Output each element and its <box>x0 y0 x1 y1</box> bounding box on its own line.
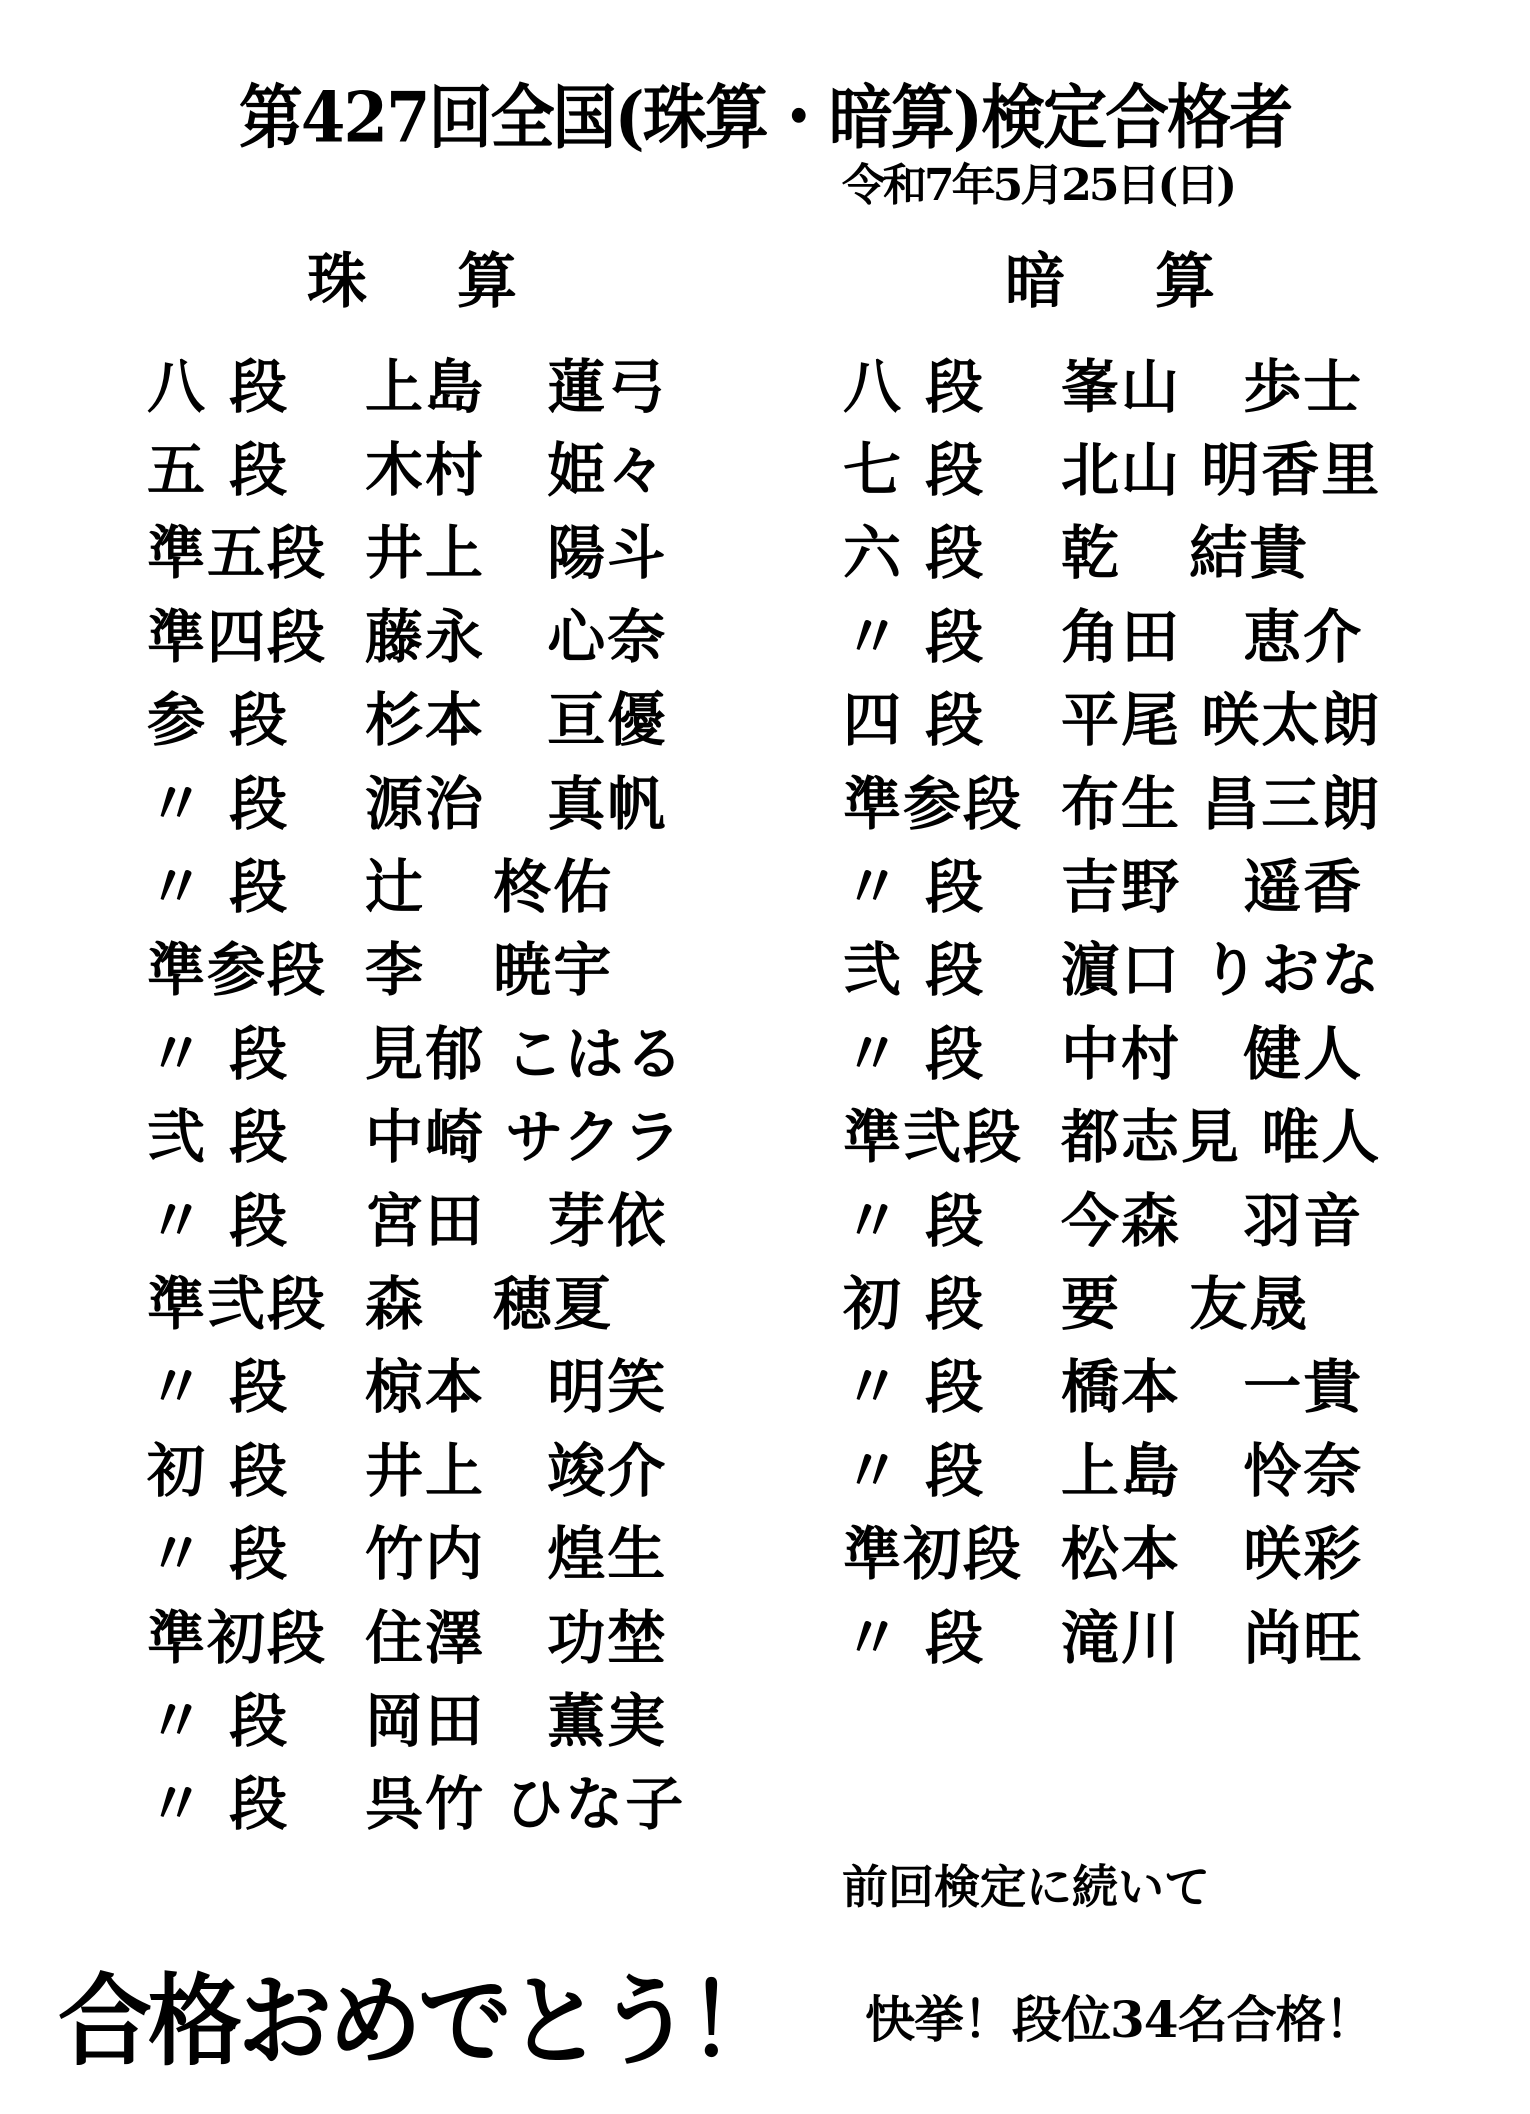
passer-name: 竹内 煌生 <box>365 1519 667 1589</box>
rank-label: 〃 段 <box>843 1186 1061 1256</box>
passer-row: 八 段 上島 蓮弓 <box>147 345 685 428</box>
surname: 要 <box>1061 1269 1121 1339</box>
passer-name: 椋本 明笑 <box>365 1352 667 1422</box>
surname: 角田 <box>1061 602 1185 672</box>
surname: 木村 <box>365 435 489 505</box>
given-name: 煌生 <box>547 1519 667 1589</box>
passer-row: 準弐段 都志見 唯人 <box>843 1096 1381 1179</box>
passer-row: 〃 段 源治 真帆 <box>147 762 685 845</box>
surname: 岡田 <box>365 1686 489 1756</box>
passer-name: 見郁 こはる <box>365 1019 685 1089</box>
given-name: 唯人 <box>1261 1102 1381 1172</box>
soroban-header-char: 算 <box>457 246 517 318</box>
passer-name: 濵口 りおな <box>1061 935 1381 1005</box>
mental-passer-list: 八 段 峯山 歩士 七 段 北山 明香里 六 段 乾 結貴 〃 段 角田 恵介 … <box>843 345 1381 1679</box>
surname: 平尾 <box>1061 685 1181 755</box>
passer-row: 〃 段 宮田 芽依 <box>147 1179 685 1262</box>
given-name: 薫実 <box>547 1686 667 1756</box>
passer-row: 〃 段 吉野 遥香 <box>843 845 1381 928</box>
passer-row: 〃 段 中村 健人 <box>843 1012 1381 1095</box>
given-name: 心奈 <box>547 602 667 672</box>
congratulations-banner: 合格おめでとう！ <box>58 1965 778 2081</box>
given-name: こはる <box>505 1019 685 1089</box>
given-name: 一貴 <box>1243 1352 1363 1422</box>
rank-label: 〃 段 <box>843 1603 1061 1673</box>
rank-label: 準参段 <box>147 935 365 1005</box>
passer-row: 弐 段 中崎 サクラ <box>147 1096 685 1179</box>
passer-row: 弐 段 濵口 りおな <box>843 929 1381 1012</box>
surname: 竹内 <box>365 1519 489 1589</box>
passer-name: 平尾 咲太朗 <box>1061 685 1381 755</box>
surname: 北山 <box>1061 435 1181 505</box>
surname: 源治 <box>365 769 489 839</box>
passer-name: 杉本 亘優 <box>365 685 667 755</box>
given-name: 竣介 <box>547 1436 667 1506</box>
passer-name: 都志見 唯人 <box>1061 1102 1381 1172</box>
surname: 宮田 <box>365 1186 489 1256</box>
rank-label: 〃 段 <box>147 1186 365 1256</box>
given-name: 咲太朗 <box>1201 685 1381 755</box>
rank-label: 準弐段 <box>147 1269 365 1339</box>
passer-name: 木村 姫々 <box>365 435 667 505</box>
passer-row: 〃 段 上島 怜奈 <box>843 1429 1381 1512</box>
passer-row: 準初段 松本 咲彩 <box>843 1512 1381 1595</box>
passer-name: 李 暁宇 <box>365 935 613 1005</box>
surname: 吉野 <box>1061 852 1185 922</box>
given-name: 芽依 <box>547 1186 667 1256</box>
rank-label: 〃 段 <box>843 1019 1061 1089</box>
exam-date: 令和7年5月25日(日) <box>842 158 1234 214</box>
passer-name: 井上 竣介 <box>365 1436 667 1506</box>
surname: 呉竹 <box>365 1769 485 1839</box>
passer-name: 吉野 遥香 <box>1061 852 1363 922</box>
passer-row: 六 段 乾 結貴 <box>843 512 1381 595</box>
mental-column-header: 暗算 <box>1005 246 1215 318</box>
rank-label: 弐 段 <box>843 935 1061 1005</box>
passer-name: 要 友晟 <box>1061 1269 1309 1339</box>
rank-label: 〃 段 <box>147 1352 365 1422</box>
given-name: ひな子 <box>505 1769 685 1839</box>
passer-row: 準五段 井上 陽斗 <box>147 512 685 595</box>
given-name: 姫々 <box>547 435 667 505</box>
passer-row: 初 段 要 友晟 <box>843 1262 1381 1345</box>
passer-name: 宮田 芽依 <box>365 1186 667 1256</box>
surname: 都志見 <box>1061 1102 1241 1172</box>
passer-row: 〃 段 橋本 一貴 <box>843 1346 1381 1429</box>
passer-row: 準弐段 森 穂夏 <box>147 1262 685 1345</box>
rank-label: 〃 段 <box>147 1686 365 1756</box>
passer-name: 森 穂夏 <box>365 1269 613 1339</box>
rank-label: 〃 段 <box>147 1019 365 1089</box>
given-name: 遥香 <box>1243 852 1363 922</box>
rank-label: 〃 段 <box>147 769 365 839</box>
rank-label: 弐 段 <box>147 1102 365 1172</box>
rank-label: 八 段 <box>147 352 365 422</box>
given-name: 柊佑 <box>493 852 613 922</box>
given-name: りおな <box>1201 935 1381 1005</box>
passer-row: 〃 段 竹内 煌生 <box>147 1512 685 1595</box>
passer-name: 橋本 一貴 <box>1061 1352 1363 1422</box>
page-title: 第427回全国(珠算・暗算)検定合格者 <box>0 78 1530 160</box>
rank-label: 準五段 <box>147 518 365 588</box>
rank-label: 〃 段 <box>843 602 1061 672</box>
passer-name: 乾 結貴 <box>1061 518 1309 588</box>
given-name: 亘優 <box>547 685 667 755</box>
passer-row: 〃 段 見郁 こはる <box>147 1012 685 1095</box>
passer-name: 辻 柊佑 <box>365 852 613 922</box>
passer-name: 岡田 薫実 <box>365 1686 667 1756</box>
given-name: 羽音 <box>1243 1186 1363 1256</box>
surname: 上島 <box>1061 1436 1185 1506</box>
surname: 峯山 <box>1061 352 1185 422</box>
surname: 濵口 <box>1061 935 1181 1005</box>
surname: 今森 <box>1061 1186 1185 1256</box>
given-name: 健人 <box>1243 1019 1363 1089</box>
passer-row: 〃 段 岡田 薫実 <box>147 1679 685 1762</box>
surname: 松本 <box>1061 1519 1185 1589</box>
given-name: 明香里 <box>1201 435 1381 505</box>
rank-label: 〃 段 <box>843 852 1061 922</box>
passer-name: 井上 陽斗 <box>365 518 667 588</box>
rank-label: 準四段 <box>147 602 365 672</box>
passer-row: 参 段 杉本 亘優 <box>147 679 685 762</box>
passer-row: 〃 段 椋本 明笑 <box>147 1346 685 1429</box>
surname: 乾 <box>1061 518 1121 588</box>
rank-label: 準初段 <box>843 1519 1061 1589</box>
rank-label: 準弐段 <box>843 1102 1061 1172</box>
surname: 杉本 <box>365 685 489 755</box>
passer-row: 準四段 藤永 心奈 <box>147 595 685 678</box>
surname: 井上 <box>365 518 489 588</box>
passer-name: 住澤 功埜 <box>365 1603 667 1673</box>
passer-name: 布生 昌三朗 <box>1061 769 1381 839</box>
passer-name: 松本 咲彩 <box>1061 1519 1363 1589</box>
surname: 辻 <box>365 852 425 922</box>
passer-row: 〃 段 今森 羽音 <box>843 1179 1381 1262</box>
rank-label: 準参段 <box>843 769 1061 839</box>
rank-label: 〃 段 <box>147 1769 365 1839</box>
surname: 橋本 <box>1061 1352 1185 1422</box>
rank-label: 〃 段 <box>147 852 365 922</box>
rank-label: 五 段 <box>147 435 365 505</box>
given-name: 咲彩 <box>1243 1519 1363 1589</box>
given-name: 穂夏 <box>493 1269 613 1339</box>
given-name: 怜奈 <box>1243 1436 1363 1506</box>
surname: 森 <box>365 1269 425 1339</box>
given-name: 功埜 <box>547 1603 667 1673</box>
passer-name: 北山 明香里 <box>1061 435 1381 505</box>
passer-name: 滝川 尚旺 <box>1061 1603 1363 1673</box>
given-name: 結貴 <box>1189 518 1309 588</box>
rank-label: 七 段 <box>843 435 1061 505</box>
passer-row: 〃 段 滝川 尚旺 <box>843 1596 1381 1679</box>
passer-row: 準参段 布生 昌三朗 <box>843 762 1381 845</box>
rank-label: 四 段 <box>843 685 1061 755</box>
rank-label: 〃 段 <box>147 1519 365 1589</box>
passer-row: 七 段 北山 明香里 <box>843 428 1381 511</box>
passer-name: 角田 恵介 <box>1061 602 1363 672</box>
rank-label: 初 段 <box>843 1269 1061 1339</box>
rank-label: 〃 段 <box>843 1436 1061 1506</box>
surname: 中崎 <box>365 1102 485 1172</box>
rank-label: 〃 段 <box>843 1352 1061 1422</box>
soroban-header-char: 珠 <box>307 246 367 318</box>
passer-name: 峯山 歩士 <box>1061 352 1363 422</box>
rank-label: 六 段 <box>843 518 1061 588</box>
rank-label: 初 段 <box>147 1436 365 1506</box>
given-name: 昌三朗 <box>1201 769 1381 839</box>
given-name: 陽斗 <box>547 518 667 588</box>
given-name: サクラ <box>505 1102 683 1172</box>
rank-label: 参 段 <box>147 685 365 755</box>
passer-row: 五 段 木村 姫々 <box>147 428 685 511</box>
passer-row: 準初段 住澤 功埜 <box>147 1596 685 1679</box>
passer-name: 上島 怜奈 <box>1061 1436 1363 1506</box>
surname: 住澤 <box>365 1603 489 1673</box>
passer-name: 源治 真帆 <box>365 769 667 839</box>
achievement-text: 快挙！段位34名合格！ <box>865 1988 1374 2052</box>
passer-row: 八 段 峯山 歩士 <box>843 345 1381 428</box>
rank-label: 八 段 <box>843 352 1061 422</box>
surname: 見郁 <box>365 1019 485 1089</box>
passer-row: 準参段 李 暁宇 <box>147 929 685 1012</box>
passer-row: 四 段 平尾 咲太朗 <box>843 679 1381 762</box>
surname: 上島 <box>365 352 489 422</box>
soroban-passer-list: 八 段 上島 蓮弓 五 段 木村 姫々 準五段 井上 陽斗 準四段 藤永 心奈 … <box>147 345 685 1846</box>
surname: 李 <box>365 935 425 1005</box>
previous-exam-note: 前回検定に続いて <box>842 1858 1210 1916</box>
given-name: 歩士 <box>1243 352 1363 422</box>
passer-row: 〃 段 角田 恵介 <box>843 595 1381 678</box>
mental-header-char: 暗 <box>1005 246 1065 318</box>
passer-row: 〃 段 辻 柊佑 <box>147 845 685 928</box>
surname: 中村 <box>1061 1019 1185 1089</box>
given-name: 真帆 <box>547 769 667 839</box>
passer-name: 藤永 心奈 <box>365 602 667 672</box>
passer-name: 中村 健人 <box>1061 1019 1363 1089</box>
given-name: 尚旺 <box>1243 1603 1363 1673</box>
rank-label: 準初段 <box>147 1603 365 1673</box>
surname: 井上 <box>365 1436 489 1506</box>
given-name: 蓮弓 <box>547 352 667 422</box>
passer-name: 呉竹 ひな子 <box>365 1769 685 1839</box>
passer-row: 初 段 井上 竣介 <box>147 1429 685 1512</box>
soroban-column-header: 珠算 <box>307 246 517 318</box>
surname: 布生 <box>1061 769 1181 839</box>
given-name: 恵介 <box>1243 602 1363 672</box>
passer-row: 〃 段 呉竹 ひな子 <box>147 1763 685 1846</box>
given-name: 明笑 <box>547 1352 667 1422</box>
mental-header-char: 算 <box>1155 246 1215 318</box>
surname: 滝川 <box>1061 1603 1185 1673</box>
passer-name: 中崎 サクラ <box>365 1102 683 1172</box>
passer-name: 上島 蓮弓 <box>365 352 667 422</box>
surname: 椋本 <box>365 1352 489 1422</box>
passer-name: 今森 羽音 <box>1061 1186 1363 1256</box>
surname: 藤永 <box>365 602 489 672</box>
given-name: 友晟 <box>1189 1269 1309 1339</box>
given-name: 暁宇 <box>493 935 613 1005</box>
